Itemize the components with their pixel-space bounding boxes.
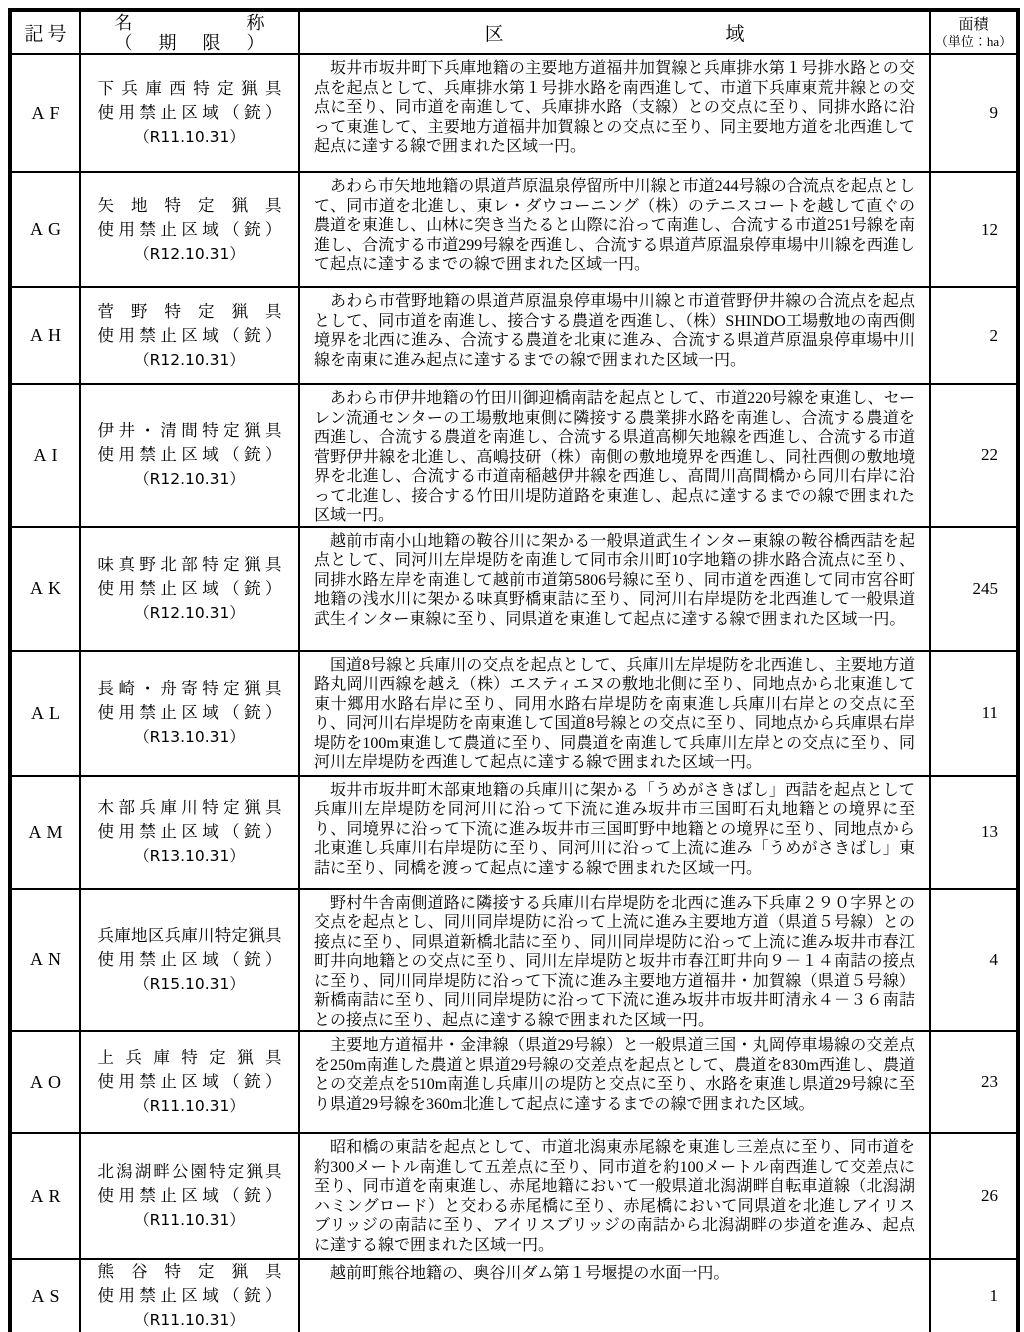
- row-area-size-cell: 22: [930, 384, 1018, 527]
- row-area-description: 昭和橋の東詰を起点として、市道北潟東赤尾線を東進し三差点に至り、同市道を約300…: [300, 1134, 929, 1255]
- row-name-line: 菅野特定猟具: [98, 300, 282, 324]
- column-header-code: 記号: [10, 10, 80, 54]
- row-code-cell: AG: [10, 172, 80, 287]
- row-name-cell: 菅野特定猟具使用禁止区域（銃）（R12.10.31）: [80, 287, 299, 384]
- column-header-size-line1: 面積: [931, 16, 1016, 34]
- row-name-cell: 北潟湖畔公園特定猟具使用禁止区域（銃）（R11.10.31）: [80, 1133, 299, 1259]
- row-code-cell: AR: [10, 1133, 80, 1259]
- column-header-size-line2: （単位：ha）: [931, 34, 1016, 50]
- row-area-size-cell: 4: [930, 889, 1018, 1032]
- row-area-description-cell: あわら市菅野地籍の県道芦原温泉停車場中川線と市道菅野伊井線の合流点を起点として、…: [299, 287, 930, 384]
- row-code-cell: AM: [10, 776, 80, 889]
- column-header-size: 面積 （単位：ha）: [930, 10, 1018, 54]
- row-period: （R11.10.31）: [98, 1094, 282, 1118]
- row-name-line: 使用禁止区域（銃）: [98, 101, 282, 125]
- row-name-box: 木部兵庫川特定猟具使用禁止区域（銃）（R13.10.31）: [98, 796, 282, 868]
- row-name-line: 木部兵庫川特定猟具: [98, 796, 282, 820]
- row-name-line: 矢地特定猟具: [98, 194, 282, 218]
- hunting-restriction-area-table: 記号 名称 （期限） 区域 面積 （単位：ha） AF下兵庫西特定猟具使用禁止区…: [8, 8, 1020, 1332]
- row-name-cell: 味真野北部特定猟具使用禁止区域（銃）（R12.10.31）: [80, 527, 299, 651]
- row-name-line: 使用禁止区域（銃）: [98, 324, 282, 348]
- row-area-description: あわら市菅野地籍の県道芦原温泉停車場中川線と市道菅野伊井線の合流点を起点として、…: [300, 288, 929, 370]
- row-area-description: 越前市南小山地籍の鞍谷川に架かる一般県道武生インター東線の鞍谷橋西詰を起点として…: [300, 528, 929, 630]
- table-row: AG矢地特定猟具使用禁止区域（銃）（R12.10.31）あわら市矢地地籍の県道芦…: [10, 172, 1018, 287]
- table-row: AI伊井・清間特定猟具使用禁止区域（銃）（R12.10.31）あわら市伊井地籍の…: [10, 384, 1018, 527]
- row-area-description: 坂井市坂井町下兵庫地籍の主要地方道福井加賀線と兵庫排水第１号排水路との交点を起点…: [300, 55, 929, 157]
- row-period: （R13.10.31）: [98, 844, 282, 868]
- table-row: AO上兵庫特定猟具使用禁止区域（銃）（R11.10.31）主要地方道福井・金津線…: [10, 1031, 1018, 1133]
- row-period: （R12.10.31）: [98, 348, 282, 372]
- table-row: AL長崎・舟寄特定猟具使用禁止区域（銃）（R13.10.31）国道8号線と兵庫川…: [10, 651, 1018, 776]
- row-name-line: 使用禁止区域（銃）: [98, 701, 282, 725]
- row-code-cell: AO: [10, 1031, 80, 1133]
- row-period: （R11.10.31）: [98, 1308, 282, 1332]
- row-name-cell: 上兵庫特定猟具使用禁止区域（銃）（R11.10.31）: [80, 1031, 299, 1133]
- row-area-description-cell: 越前市南小山地籍の鞍谷川に架かる一般県道武生インター東線の鞍谷橋西詰を起点として…: [299, 527, 930, 651]
- row-area-description-cell: 野村牛舎南側道路に隣接する兵庫川右岸堤防を北西に進み下兵庫２９０字界との交点を起…: [299, 889, 930, 1032]
- row-name-line: 上兵庫特定猟具: [98, 1046, 282, 1070]
- row-area-description-cell: 坂井市坂井町木部東地籍の兵庫川に架かる「うめがさきばし」西詰を起点として兵庫川左…: [299, 776, 930, 889]
- row-name-box: 上兵庫特定猟具使用禁止区域（銃）（R11.10.31）: [98, 1046, 282, 1118]
- row-area-size-cell: 2: [930, 287, 1018, 384]
- row-area-size-cell: 26: [930, 1133, 1018, 1259]
- table-row: AH菅野特定猟具使用禁止区域（銃）（R12.10.31）あわら市菅野地籍の県道芦…: [10, 287, 1018, 384]
- row-area-size-cell: 12: [930, 172, 1018, 287]
- row-area-description-cell: 越前町熊谷地籍の、奥谷川ダム第１号堰提の水面一円。: [299, 1259, 930, 1332]
- row-period: （R11.10.31）: [98, 125, 282, 149]
- row-period: （R13.10.31）: [98, 725, 282, 749]
- table-body: AF下兵庫西特定猟具使用禁止区域（銃）（R11.10.31）坂井市坂井町下兵庫地…: [10, 54, 1018, 1332]
- row-area-description: 国道8号線と兵庫川の交点を起点として、兵庫川左岸堤防を北西進し、主要地方道路丸岡…: [300, 652, 929, 773]
- table-row: AF下兵庫西特定猟具使用禁止区域（銃）（R11.10.31）坂井市坂井町下兵庫地…: [10, 54, 1018, 172]
- row-name-line: 使用禁止区域（銃）: [98, 1284, 282, 1308]
- row-name-cell: 伊井・清間特定猟具使用禁止区域（銃）（R12.10.31）: [80, 384, 299, 527]
- row-name-cell: 矢地特定猟具使用禁止区域（銃）（R12.10.31）: [80, 172, 299, 287]
- row-code-cell: AI: [10, 384, 80, 527]
- row-code-cell: AH: [10, 287, 80, 384]
- table-row: AK味真野北部特定猟具使用禁止区域（銃）（R12.10.31）越前市南小山地籍の…: [10, 527, 1018, 651]
- row-area-description: あわら市伊井地籍の竹田川御迎橋南詰を起点として、市道220号線を東進し、セーレン…: [300, 385, 929, 526]
- row-area-description: 主要地方道福井・金津線（県道29号線）と一般県道三国・丸岡停車場線の交差点を25…: [300, 1032, 929, 1114]
- row-name-line: 使用禁止区域（銃）: [98, 577, 282, 601]
- row-name-line: 熊谷特定猟具: [98, 1260, 282, 1284]
- row-name-line: 下兵庫西特定猟具: [98, 77, 282, 101]
- row-name-line: 使用禁止区域（銃）: [98, 1070, 282, 1094]
- header-row: 記号 名称 （期限） 区域 面積 （単位：ha）: [10, 10, 1018, 54]
- row-area-size-cell: 245: [930, 527, 1018, 651]
- row-name-cell: 長崎・舟寄特定猟具使用禁止区域（銃）（R13.10.31）: [80, 651, 299, 776]
- row-area-description: 越前町熊谷地籍の、奥谷川ダム第１号堰提の水面一円。: [300, 1260, 929, 1284]
- column-header-code-label: 記号: [12, 19, 79, 46]
- row-period: （R11.10.31）: [98, 1208, 282, 1232]
- row-name-line: 使用禁止区域（銃）: [98, 820, 282, 844]
- row-name-line: 使用禁止区域（銃）: [98, 218, 282, 242]
- row-name-box: 伊井・清間特定猟具使用禁止区域（銃）（R12.10.31）: [98, 419, 282, 491]
- row-area-description-cell: あわら市矢地地籍の県道芦原温泉停留所中川線と市道244号線の合流点を起点として、…: [299, 172, 930, 287]
- table-row: AM木部兵庫川特定猟具使用禁止区域（銃）（R13.10.31）坂井市坂井町木部東…: [10, 776, 1018, 889]
- column-header-name-line1: 名称: [115, 13, 265, 33]
- row-name-line: 使用禁止区域（銃）: [98, 948, 282, 972]
- column-header-area: 区域: [299, 10, 930, 54]
- row-name-line: 使用禁止区域（銃）: [98, 1184, 282, 1208]
- row-name-line: 長崎・舟寄特定猟具: [98, 677, 282, 701]
- row-code-cell: AL: [10, 651, 80, 776]
- row-name-box: 北潟湖畔公園特定猟具使用禁止区域（銃）（R11.10.31）: [98, 1160, 282, 1232]
- row-name-box: 下兵庫西特定猟具使用禁止区域（銃）（R11.10.31）: [98, 77, 282, 149]
- row-name-line: 味真野北部特定猟具: [98, 553, 282, 577]
- row-period: （R12.10.31）: [98, 467, 282, 491]
- row-code-cell: AN: [10, 889, 80, 1032]
- row-name-line: 使用禁止区域（銃）: [98, 443, 282, 467]
- row-area-description-cell: 昭和橋の東詰を起点として、市道北潟東赤尾線を東進し三差点に至り、同市道を約300…: [299, 1133, 930, 1259]
- row-name-box: 長崎・舟寄特定猟具使用禁止区域（銃）（R13.10.31）: [98, 677, 282, 749]
- row-area-description: あわら市矢地地籍の県道芦原温泉停留所中川線と市道244号線の合流点を起点として、…: [300, 173, 929, 275]
- table-header: 記号 名称 （期限） 区域 面積 （単位：ha）: [10, 10, 1018, 54]
- row-name-line: 兵庫地区兵庫川特定猟具: [98, 924, 282, 948]
- row-name-cell: 熊谷特定猟具使用禁止区域（銃）（R11.10.31）: [80, 1259, 299, 1332]
- row-area-size-cell: 13: [930, 776, 1018, 889]
- row-period: （R12.10.31）: [98, 601, 282, 625]
- row-name-line: 伊井・清間特定猟具: [98, 419, 282, 443]
- row-area-description-cell: 主要地方道福井・金津線（県道29号線）と一般県道三国・丸岡停車場線の交差点を25…: [299, 1031, 930, 1133]
- row-code-cell: AF: [10, 54, 80, 172]
- row-name-box: 味真野北部特定猟具使用禁止区域（銃）（R12.10.31）: [98, 553, 282, 625]
- row-name-line: 北潟湖畔公園特定猟具: [98, 1160, 282, 1184]
- row-name-box: 菅野特定猟具使用禁止区域（銃）（R12.10.31）: [98, 300, 282, 372]
- row-area-size-cell: 23: [930, 1031, 1018, 1133]
- row-name-cell: 兵庫地区兵庫川特定猟具使用禁止区域（銃）（R15.10.31）: [80, 889, 299, 1032]
- row-area-description: 野村牛舎南側道路に隣接する兵庫川右岸堤防を北西に進み下兵庫２９０字界との交点を起…: [300, 890, 929, 1031]
- row-area-description-cell: 国道8号線と兵庫川の交点を起点として、兵庫川左岸堤防を北西進し、主要地方道路丸岡…: [299, 651, 930, 776]
- row-area-description: 坂井市坂井町木部東地籍の兵庫川に架かる「うめがさきばし」西詰を起点として兵庫川左…: [300, 777, 929, 879]
- column-header-area-label: 区域: [485, 19, 745, 46]
- column-header-name-line2: （期限）: [115, 33, 265, 53]
- column-header-name: 名称 （期限）: [80, 10, 299, 54]
- row-name-box: 兵庫地区兵庫川特定猟具使用禁止区域（銃）（R15.10.31）: [98, 924, 282, 996]
- row-area-size-cell: 11: [930, 651, 1018, 776]
- row-period: （R15.10.31）: [98, 972, 282, 996]
- row-area-size-cell: 9: [930, 54, 1018, 172]
- row-area-size-cell: 1: [930, 1259, 1018, 1332]
- row-name-cell: 木部兵庫川特定猟具使用禁止区域（銃）（R13.10.31）: [80, 776, 299, 889]
- row-name-box: 熊谷特定猟具使用禁止区域（銃）（R11.10.31）: [98, 1260, 282, 1332]
- row-area-description-cell: あわら市伊井地籍の竹田川御迎橋南詰を起点として、市道220号線を東進し、セーレン…: [299, 384, 930, 527]
- row-code-cell: AS: [10, 1259, 80, 1332]
- row-code-cell: AK: [10, 527, 80, 651]
- row-name-cell: 下兵庫西特定猟具使用禁止区域（銃）（R11.10.31）: [80, 54, 299, 172]
- table-row: AR北潟湖畔公園特定猟具使用禁止区域（銃）（R11.10.31）昭和橋の東詰を起…: [10, 1133, 1018, 1259]
- row-name-box: 矢地特定猟具使用禁止区域（銃）（R12.10.31）: [98, 194, 282, 266]
- row-period: （R12.10.31）: [98, 242, 282, 266]
- row-area-description-cell: 坂井市坂井町下兵庫地籍の主要地方道福井加賀線と兵庫排水第１号排水路との交点を起点…: [299, 54, 930, 172]
- table-row: AS熊谷特定猟具使用禁止区域（銃）（R11.10.31）越前町熊谷地籍の、奥谷川…: [10, 1259, 1018, 1332]
- table-row: AN兵庫地区兵庫川特定猟具使用禁止区域（銃）（R15.10.31）野村牛舎南側道…: [10, 889, 1018, 1032]
